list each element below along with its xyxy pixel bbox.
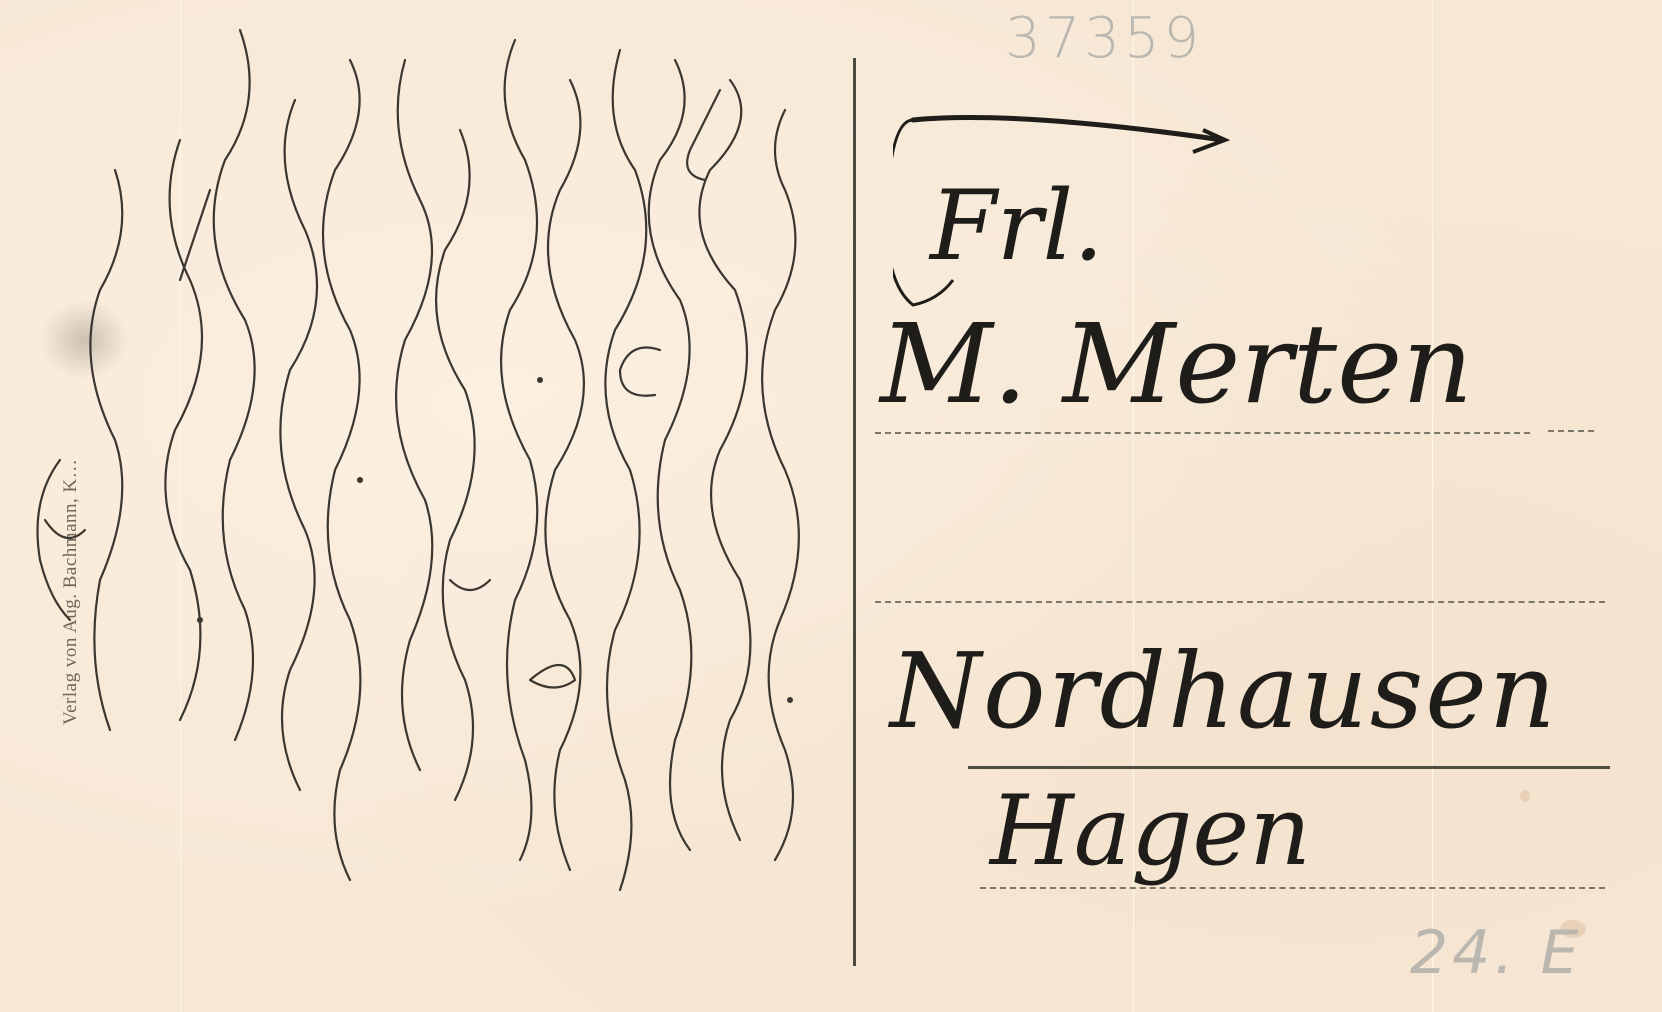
archive-catalog-number: 37359	[1005, 6, 1203, 71]
kurrent-script-strokes	[10, 20, 840, 1000]
handwritten-message	[10, 20, 840, 1000]
address-line-1-end	[1548, 430, 1594, 432]
archive-pencil-note: 24. E	[1410, 918, 1582, 988]
postcard: 37359 24. E Verlag von Aug. Bachmann, K…	[0, 0, 1662, 1012]
message-address-divider	[853, 58, 856, 966]
fold-crease	[1432, 0, 1433, 1012]
recipient-city: Nordhausen	[890, 630, 1558, 752]
recipient-district: Hagen	[990, 775, 1311, 887]
address-line-2	[875, 601, 1605, 603]
recipient-title: Frl.	[930, 170, 1104, 282]
paper-stain	[1520, 790, 1530, 802]
address-line-1	[875, 432, 1530, 434]
address-line-3	[980, 887, 1605, 889]
recipient-name: M. Merten	[880, 300, 1473, 428]
city-underline	[968, 766, 1610, 769]
